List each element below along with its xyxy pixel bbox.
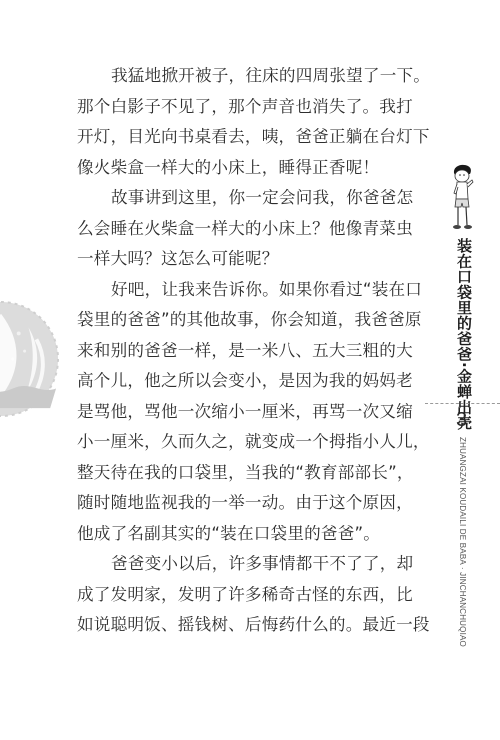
text-line: 他成了名副其实的“装在口袋里的爸爸”。 — [77, 519, 427, 550]
text-line: 高个儿，他之所以会变小，是因为我的妈妈老 — [77, 366, 427, 397]
text-line: 成了发明家，发明了许多稀奇古怪的东西，比 — [77, 580, 427, 611]
running-header-sidebar: 装在口袋里的爸爸·金蝉出壳 3 ZHUANGZAI KOUDAILI DE BA… — [440, 0, 500, 740]
text-line: 故事讲到这里，你一定会问我，你爸爸怎 — [77, 183, 427, 214]
text-line: 么会睡在火柴盒一样大的小床上？他像青菜虫 — [77, 214, 427, 245]
text-line: 如说聪明饭、摇钱树、后悔药什么的。最近一段 — [77, 610, 427, 641]
page-body-text: 我猛地掀开被子，往床的四周张望了一下。 那个白影子不见了，那个声音也消失了。我打… — [77, 61, 427, 641]
text-line: 像火柴盒一样大的小床上，睡得正香呢！ — [77, 153, 427, 184]
paragraph-4: 爸爸变小以后，许多事情都干不了了，却 成了发明家，发明了许多稀奇古怪的东西，比 … — [77, 549, 427, 641]
text-line: 是骂他，骂他一次缩小一厘米，再骂一次又缩 — [77, 397, 427, 428]
text-line: 随时随地监视我的一举一动。由于这个原因， — [77, 488, 427, 519]
dashed-divider — [425, 403, 500, 404]
text-line: 开灯，目光向书桌看去，咦，爸爸正躺在台灯下 — [77, 122, 427, 153]
book-title: 装在口袋里的爸爸·金蝉出壳 — [456, 238, 472, 430]
text-line: 小一厘米，久而久之，就变成一个拇指小人儿， — [77, 427, 427, 458]
decorative-emblem-icon — [0, 300, 60, 418]
text-line: 来和别的爸爸一样，是一米八、五大三粗的大 — [77, 336, 427, 367]
pinyin-title: ZHUANGZAI KOUDAILI DE BABA · JINCHANCHUQ… — [458, 437, 467, 647]
text-line: 一样大吗？这怎么可能呢？ — [77, 244, 427, 275]
page-number: 3 — [456, 409, 467, 432]
paragraph-3: 好吧，让我来告诉你。如果你看过“装在口 袋里的爸爸”的其他故事，你会知道，我爸爸… — [77, 275, 427, 550]
text-line: 好吧，让我来告诉你。如果你看过“装在口 — [77, 275, 427, 306]
text-line: 我猛地掀开被子，往床的四周张望了一下。 — [77, 61, 427, 92]
paragraph-1: 我猛地掀开被子，往床的四周张望了一下。 那个白影子不见了，那个声音也消失了。我打… — [77, 61, 427, 183]
text-line: 那个白影子不见了，那个声音也消失了。我打 — [77, 92, 427, 123]
text-line: 整天待在我的口袋里，当我的“教育部部长”， — [77, 458, 427, 489]
paragraph-2: 故事讲到这里，你一定会问我，你爸爸怎 么会睡在火柴盒一样大的小床上？他像青菜虫 … — [77, 183, 427, 275]
text-line: 袋里的爸爸”的其他故事，你会知道，我爸爸原 — [77, 305, 427, 336]
cartoon-boy-icon — [450, 163, 476, 235]
text-line: 爸爸变小以后，许多事情都干不了了，却 — [77, 549, 427, 580]
